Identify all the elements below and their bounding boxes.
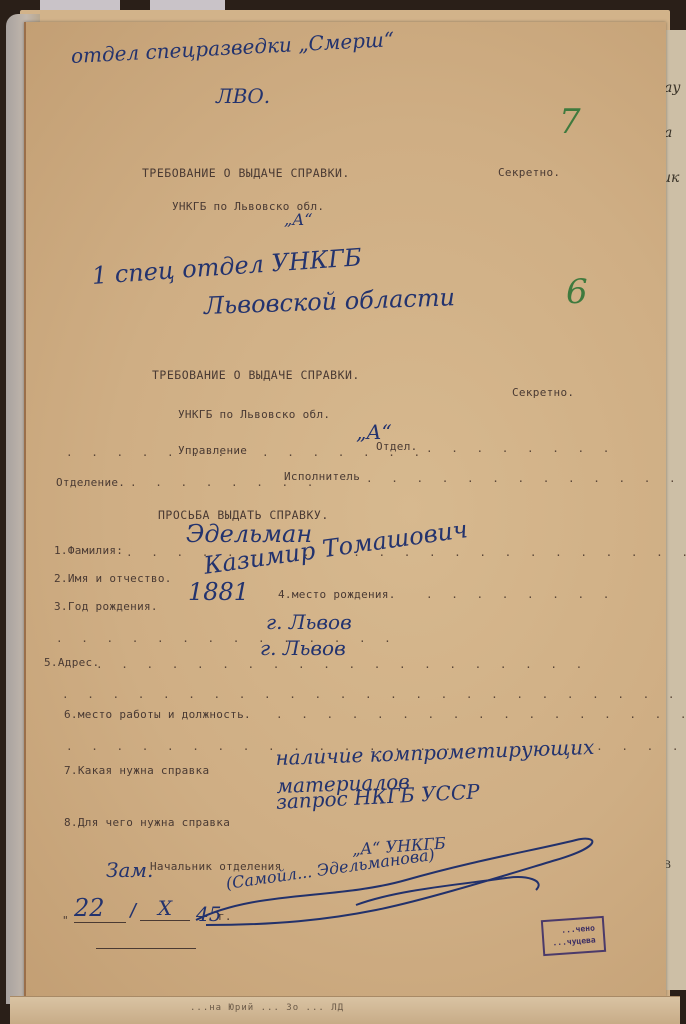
secret-label-top: Секретно. [498, 166, 560, 179]
field-label-birth-year: 3.Год рождения. [54, 600, 158, 613]
field-label-purpose: 8.Для чего нужна справка [64, 816, 230, 829]
header-note-line1: отдел спецразведки „Смерш“ [70, 27, 394, 68]
form-title-top: ТРЕБОВАНИЕ О ВЫДАЧЕ СПРАВКИ. [142, 166, 350, 180]
document-page: отдел спецразведки „Смерш“ ЛВО. 7 6 ТРЕБ… [24, 22, 666, 997]
field-value-birthplace: г. Львов [266, 610, 352, 634]
field-value-address: г. Львов [260, 636, 346, 660]
addressee-line2: Львовской области [204, 283, 456, 320]
date-month: X [140, 896, 190, 921]
dotted-leader: . . . . . . . . [426, 588, 615, 601]
right-edge-text: ау [664, 80, 680, 96]
addressee-line1: 1 спец отдел УНКГБ [91, 243, 363, 290]
date-day: 22 [74, 894, 126, 923]
ispolnitel-label: Исполнитель [284, 470, 360, 483]
department-mark-top: „А“ [284, 210, 313, 229]
dotted-leader: . . . . . . . . . . . . . . [366, 472, 686, 485]
date-separator: / [128, 900, 139, 921]
field-value-birth-year: 1881 [188, 578, 249, 606]
dotted-leader: . . . . . . . . [426, 442, 615, 455]
dotted-leader: . . . . . . . . . . . . . . . . . . . . … [276, 708, 686, 721]
bottom-strip-text: ...на Юрий ... Зо ... ЛД [190, 1003, 344, 1013]
field-label-name: 2.Имя и отчество. [54, 572, 172, 585]
field-label-workplace: 6.место работы и должность. [64, 708, 251, 721]
field-label-surname: 1.Фамилия: [54, 544, 123, 557]
field-label-birthplace: 4.место рождения. [278, 588, 396, 601]
archive-stamp: ...чено ...чуцева [541, 916, 607, 956]
header-note-line2: ЛВО. [216, 84, 270, 108]
blank-line [96, 948, 196, 949]
otdel-label: Отдел. [376, 440, 418, 453]
secret-label-main: Секретно. [512, 386, 574, 399]
field-label-certificate-type: 7.Какая нужна справка [64, 764, 209, 777]
date-quote-mark: " [62, 914, 69, 927]
dotted-leader: . . . . . . . . . . . . . . . . . . . . … [62, 688, 686, 701]
green-page-number: 6 [566, 272, 588, 312]
bottom-sheet-strip: ...на Юрий ... Зо ... ЛД [10, 996, 680, 1024]
agency-label-main: УНКГБ по Львовско обл. [178, 408, 330, 421]
date-suffix: г. [218, 910, 232, 923]
upravlenie-label: Управление [178, 444, 247, 457]
green-page-number: 7 [559, 102, 581, 142]
otdelenie-label: Отделение. [56, 476, 125, 489]
signature-prefix: Зам. [106, 858, 153, 882]
form-title-main: ТРЕБОВАНИЕ О ВЫДАЧЕ СПРАВКИ. [152, 368, 360, 382]
stamp-line2: ...чуцева [552, 934, 596, 949]
field-label-address: 5.Адрес. [44, 656, 99, 669]
